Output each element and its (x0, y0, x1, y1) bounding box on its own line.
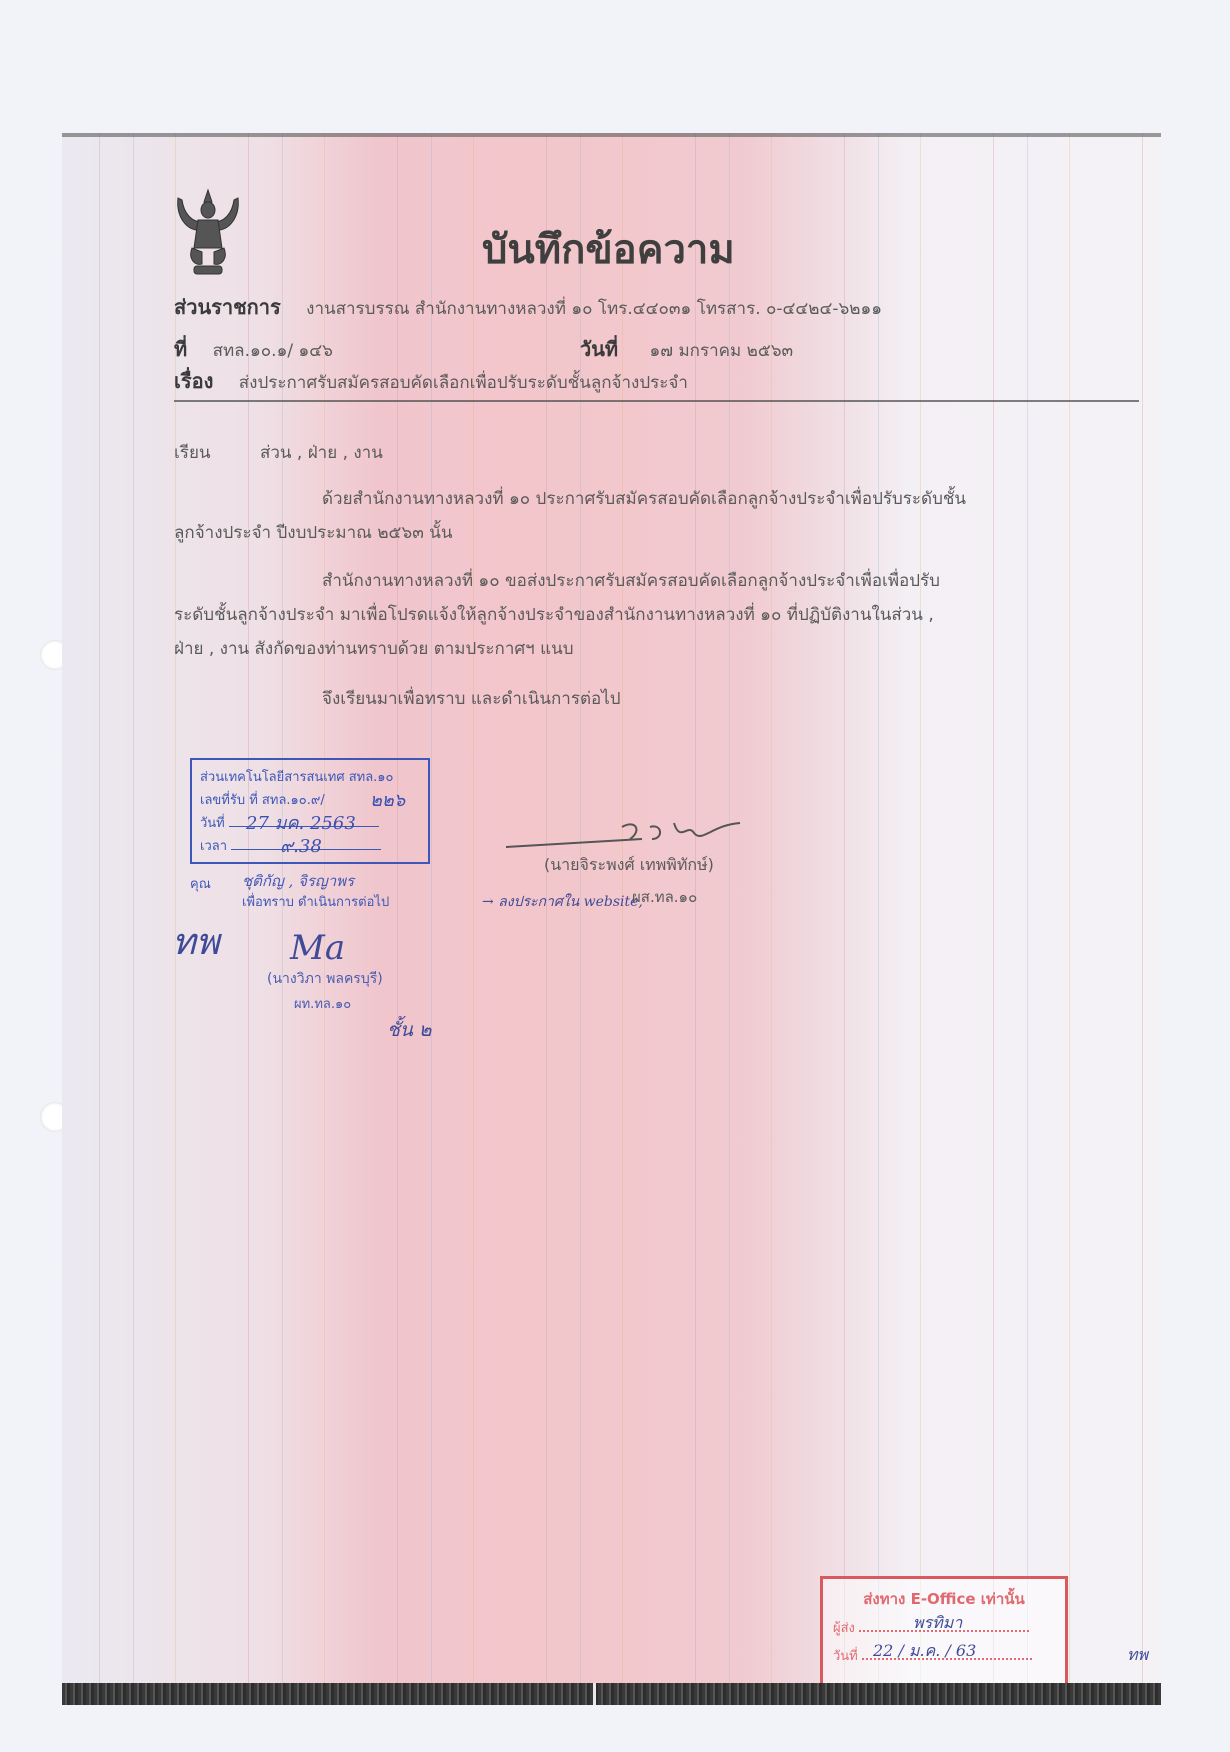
date-label: วันที่ (580, 337, 618, 361)
paragraph1-line2: ลูกจ้างประจำ ปีงบประมาณ ๒๕๖๓ นั้น (174, 519, 452, 546)
director-signature: Ma (290, 928, 345, 968)
salutation: เรียน ส่วน , ฝ่าย , งาน (174, 439, 383, 466)
ref-no-row: ที่ สทล.๑๐.๑/ ๑๔๖ (174, 333, 333, 365)
eoffice-sender-label: ผู้ส่ง (833, 1621, 855, 1636)
director-name: (นางวิภา พลครบุรี) (267, 968, 383, 990)
closing-line: จึงเรียนมาเพื่อทราบ และดำเนินการต่อไป (322, 685, 621, 712)
receipt-date-label: วันที่ (200, 816, 225, 831)
receipt-time-line: เวลา ๙.38 (200, 835, 420, 858)
to-label: เรียน (174, 443, 211, 463)
eoffice-date-line: วันที่ 22 / ม.ค. / 63 (833, 1645, 1055, 1673)
routing-khun-label: คุณ (190, 873, 211, 894)
eoffice-stamp: ส่งทาง E-Office เท่านั้น ผู้ส่ง พรทิมา ว… (820, 1576, 1068, 1687)
receipt-stamp: ส่วนเทคโนโลยีสารสนเทศ สทล.๑๐ เลขที่รับ ท… (190, 758, 430, 864)
floor-note: ชั้น ๒ (387, 1015, 431, 1045)
scanned-memo-page: บันทึกข้อความ ส่วนราชการ งานสารบรรณ สำนั… (62, 133, 1161, 1705)
org-label: ส่วนราชการ (174, 295, 281, 319)
date-value: ๑๗ มกราคม ๒๕๖๓ (650, 341, 794, 361)
date-row: วันที่ ๑๗ มกราคม ๒๕๖๓ (580, 333, 793, 365)
garuda-emblem-icon (172, 186, 244, 278)
to-value: ส่วน , ฝ่าย , งาน (260, 443, 383, 463)
eoffice-date-value: 22 / ม.ค. / 63 (873, 1639, 976, 1664)
paragraph2-line1: สำนักงานทางหลวงที่ ๑๐ ขอส่งประกาศรับสมัค… (322, 567, 940, 594)
eoffice-sender-value: พรทิมา (913, 1611, 962, 1636)
scan-edge-bottom (62, 1683, 1161, 1705)
receipt-number-value: ๒๒๖ (370, 785, 405, 814)
routing-handwritten-note: → ลงประกาศใน website, (482, 891, 643, 913)
paragraph1-line1: ด้วยสำนักงานทางหลวงที่ ๑๐ ประกาศรับสมัคร… (322, 485, 966, 512)
routing-instruction: เพื่อทราบ ดำเนินการต่อไป (242, 891, 389, 912)
ref-no-value: สทล.๑๐.๑/ ๑๔๖ (213, 341, 333, 361)
paragraph2-line3: ฝ่าย , งาน สังกัดของท่านทราบด้วย ตามประก… (174, 635, 573, 662)
org-row: ส่วนราชการ งานสารบรรณ สำนักงานทางหลวงที่… (174, 291, 882, 323)
subject-label: เรื่อง (174, 369, 213, 393)
org-value: งานสารบรรณ สำนักงานทางหลวงที่ ๑๐ โทร.๔๔๐… (306, 299, 882, 319)
subject-row: เรื่อง ส่งประกาศรับสมัครสอบคัดเลือกเพื่อ… (174, 365, 688, 397)
left-initials: ทพ (172, 913, 219, 970)
edge-initials: ทพ (1127, 1643, 1148, 1668)
signatory-signature (502, 813, 752, 853)
eoffice-heading: ส่งทาง E-Office เท่านั้น (833, 1587, 1055, 1611)
paragraph2-line2: ระดับชั้นลูกจ้างประจำ มาเพื่อโปรดแจ้งให้… (174, 601, 934, 628)
header-divider (174, 400, 1139, 402)
director-position: ผท.ทล.๑๐ (294, 993, 351, 1014)
memo-title: บันทึกข้อความ (482, 217, 735, 281)
subject-value: ส่งประกาศรับสมัครสอบคัดเลือกเพื่อปรับระด… (239, 373, 688, 393)
receipt-number-label: เลขที่รับ ที่ สทล.๑๐.๙/ (200, 793, 325, 808)
ref-no-label: ที่ (174, 337, 187, 361)
signatory-name: (นายจิระพงศ์ เทพพิทักษ์) (544, 853, 714, 878)
receipt-time-value: ๙.38 (280, 831, 322, 860)
eoffice-date-label: วันที่ (833, 1649, 858, 1664)
receipt-time-label: เวลา (200, 839, 227, 854)
routing-recipients: ชุติกัญ , จิรญาพร (242, 869, 354, 893)
